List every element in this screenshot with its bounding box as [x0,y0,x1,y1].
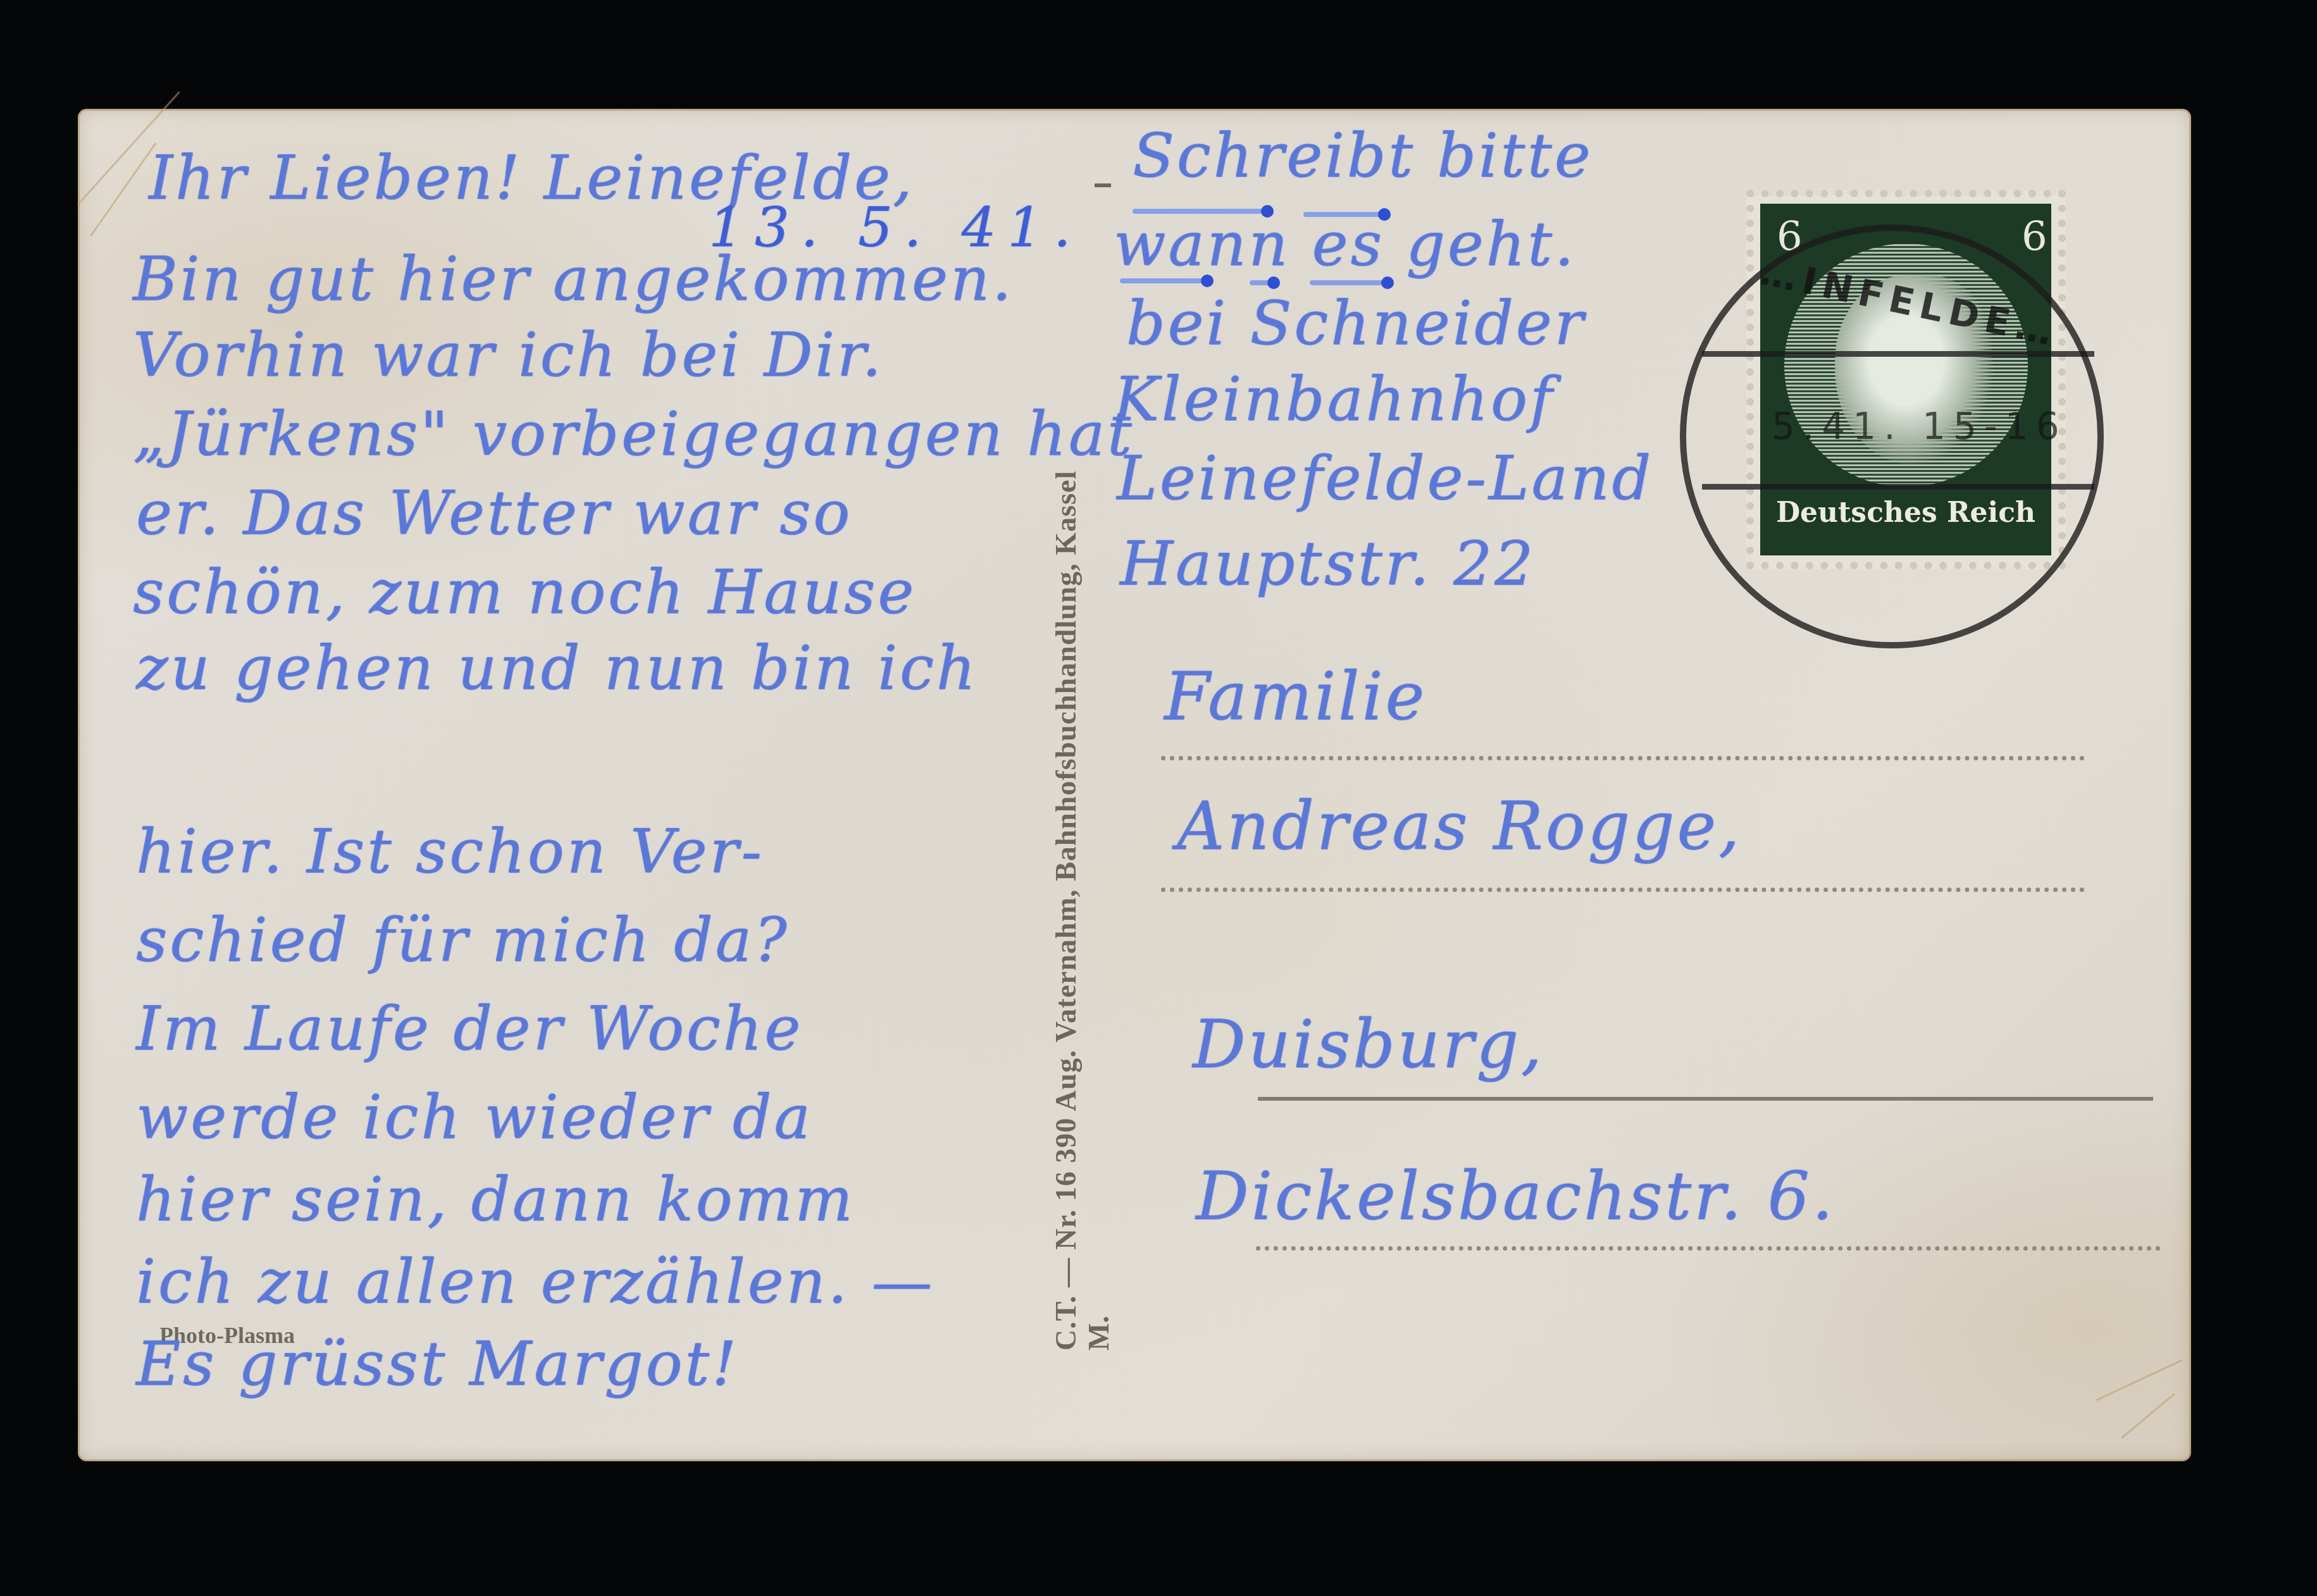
postmark-bar [1702,484,2094,490]
stamp-value-right: 6 [2022,214,2047,261]
message-line: hier sein, dann komm [136,1164,855,1235]
message-line: werde ich wieder da [136,1082,813,1153]
address-line-3 [1258,1097,2153,1101]
message-line: schön, zum noch Hause [133,557,916,628]
publisher-imprint: C.T. — Nr. 16 390 Aug. Vaternahm, Bahnho… [1049,471,1083,1351]
address-line: Dickelsbachstr. 6. [1196,1158,1836,1235]
address-line: Familie [1164,658,1427,735]
message-line: „Jürkens" vorbeigegangen hat [133,399,1134,469]
message-line: Im Laufe der Woche [136,993,803,1064]
message-line: schied für mich da? [136,905,789,975]
underline [1120,278,1208,283]
postmark-date: 5.41. 15-16 [1772,405,2067,448]
address-line-4 [1256,1246,2161,1251]
crease [2096,1359,2182,1401]
sender-line: wann es geht. [1114,209,1576,280]
publisher-imprint-sub: M. [1082,1316,1115,1351]
message-line: Bin gut hier angekommen. [133,244,1014,314]
address-line: Andreas Rogge, [1177,788,1742,865]
sender-line: Leinefelde-Land [1117,443,1653,514]
address-line-1 [1161,756,2085,760]
sender-line: Hauptstr. 22 [1120,528,1536,599]
message-line: Es grüsst Margot! [136,1328,738,1399]
message-line: Vorhin war ich bei Dir. [133,319,884,390]
address-line-2 [1161,888,2085,892]
message-line: zu gehen und nun bin ich [136,633,978,703]
underline [1310,280,1389,285]
postmark-bar [1702,351,2094,357]
message-line: er. Das Wetter war so [136,478,852,548]
sender-line: Kleinbahnhof [1114,364,1555,435]
sender-line: bei Schneider [1126,288,1586,359]
divider-mark [1095,183,1111,187]
underline [1250,280,1275,285]
message-line: ich zu allen erzählen. — [136,1246,935,1317]
message-line: hier. Ist schon Ver- [136,816,764,887]
sender-line: Schreibt bitte [1133,120,1593,191]
crease [2121,1393,2175,1439]
address-line: Duisburg, [1193,1006,1544,1083]
crease [90,142,157,237]
